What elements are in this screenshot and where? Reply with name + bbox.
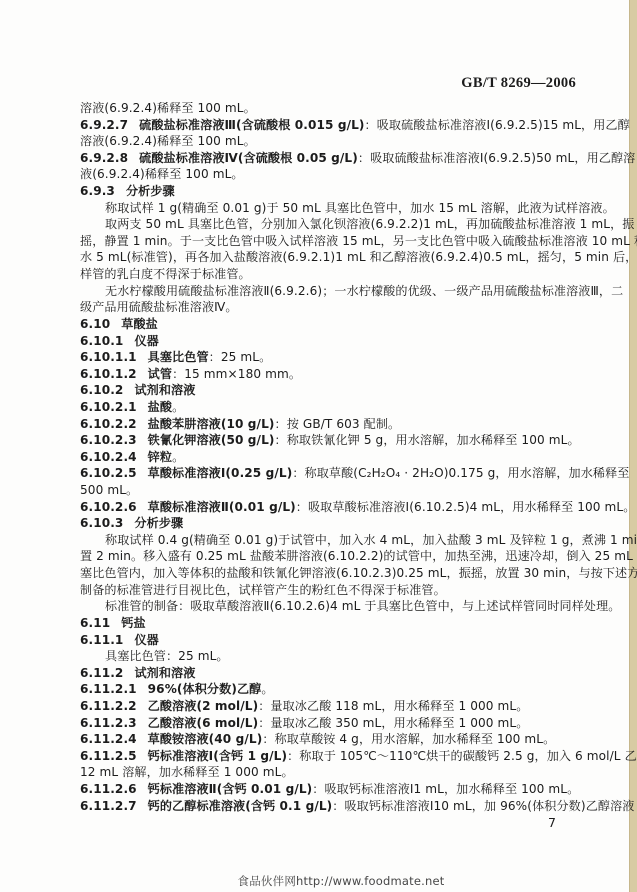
clause-text: 具塞比色管：25 mL。	[105, 649, 229, 663]
text-line: 溶液(6.9.2.4)稀释至 100 mL。	[80, 100, 585, 117]
clause-text: ：称取草酸(C₂H₂O₄ · 2H₂O)0.175 g，用水溶解，加水稀释至	[292, 466, 629, 480]
clause-text: 溶液(6.9.2.4)稀释至 100 mL。	[80, 134, 256, 148]
clause-text: ：吸取钙标准溶液Ⅰ10 mL，加 96%(体积分数)乙醇溶液	[332, 799, 634, 813]
text-line: 制备的标准管进行目视比色，试样管产生的粉红色不得深于标准管。	[80, 582, 585, 599]
text-line: 6.10.3分析步骤	[80, 515, 585, 532]
clause-label: 试管	[148, 367, 172, 381]
clause-label: 试剂和溶液	[134, 666, 195, 680]
clause-text: 水 5 mL(标准管)，再各加入盐酸溶液(6.9.2.1)1 mL 和乙醇溶液(…	[80, 250, 637, 264]
clause-text: ：25 mL。	[209, 350, 272, 364]
clause-label: 盐酸苯肼溶液(10 g/L)	[148, 417, 275, 431]
text-line: 6.10.1.1具塞比色管：25 mL。	[80, 349, 585, 366]
clause-label: 6.11.2.7	[80, 799, 137, 813]
text-line: 标准管的制备：吸取草酸溶液Ⅱ(6.10.2.6)4 mL 于具塞比色管中，与上述…	[80, 598, 585, 615]
clause-label: 6.10.2.6	[80, 500, 137, 514]
text-line: 6.10.2试剂和溶液	[80, 382, 585, 399]
clause-label: 钙标准溶液Ⅱ(含钙 0.01 g/L)	[148, 782, 313, 796]
clause-label: 6.10.3	[80, 516, 123, 530]
text-line: 样管的乳白度不得深于标准管。	[80, 266, 585, 283]
clause-label: 试剂和溶液	[134, 383, 195, 397]
page-number: 7	[548, 815, 556, 830]
text-line: 水 5 mL(标准管)，再各加入盐酸溶液(6.9.2.1)1 mL 和乙醇溶液(…	[80, 249, 585, 266]
clause-label: 草酸标准溶液Ⅰ(0.25 g/L)	[148, 466, 293, 480]
text-line: 6.11.2试剂和溶液	[80, 665, 585, 682]
clause-label: 钙的乙醇标准溶液(含钙 0.1 g/L)	[148, 799, 333, 813]
clause-text: 无水柠檬酸用硫酸盐标准溶液Ⅱ(6.9.2.6)；一水柠檬酸的优级、一级产品用硫酸…	[105, 284, 623, 298]
text-line: 置 2 min。移入盛有 0.25 mL 盐酸苯肼溶液(6.10.2.2)的试管…	[80, 548, 585, 565]
clause-label: 6.10.2.5	[80, 466, 137, 480]
clause-label: 盐酸	[148, 400, 172, 414]
text-line: 称取试样 1 g(精确至 0.01 g)于 50 mL 具塞比色管中，加水 15…	[80, 200, 585, 217]
text-line: 溶液(6.9.2.4)稀释至 100 mL。	[80, 133, 585, 150]
text-line: 6.11.2.6钙标准溶液Ⅱ(含钙 0.01 g/L)：吸取钙标准溶液Ⅰ1 mL…	[80, 781, 585, 798]
clause-text: ：15 mm×180 mm。	[172, 367, 301, 381]
clause-label: 草酸盐	[121, 317, 158, 331]
clause-text: ：吸取硫酸盐标准溶液Ⅰ(6.9.2.5)15 mL，用乙醇	[365, 118, 630, 132]
clause-text: 级产品用硫酸盐标准溶液Ⅳ。	[80, 300, 238, 314]
clause-text: 500 mL。	[80, 483, 138, 497]
clause-label: 乙酸溶液(6 mol/L)	[148, 716, 259, 730]
clause-text: 液(6.9.2.4)稀释至 100 mL。	[80, 167, 244, 181]
text-line: 6.10.1.2试管：15 mm×180 mm。	[80, 366, 585, 383]
clause-text: 12 mL 溶解，加水稀释至 1 000 mL。	[80, 765, 294, 779]
clause-label: 钙盐	[121, 616, 145, 630]
clause-text: ：称取草酸铵 4 g，用水溶解，加水稀释至 100 mL。	[262, 732, 555, 746]
document-page: GB/T 8269—2006 溶液(6.9.2.4)稀释至 100 mL。6.9…	[0, 0, 637, 892]
text-line: 摇，静置 1 min。于一支比色管中吸入试样溶液 15 mL，另一支比色管中吸入…	[80, 233, 585, 250]
clause-label: 6.11.1	[80, 633, 123, 647]
text-line: 称取试样 0.4 g(精确至 0.01 g)于试管中，加入水 4 mL，加入盐酸…	[80, 532, 585, 549]
clause-label: 96%(体积分数)乙醇	[148, 682, 262, 696]
text-line: 6.10.2.5草酸标准溶液Ⅰ(0.25 g/L)：称取草酸(C₂H₂O₄ · …	[80, 465, 585, 482]
clause-label: 铁氰化钾溶液(50 g/L)	[148, 433, 275, 447]
text-line: 6.11.2.2乙酸溶液(2 mol/L)：量取冰乙酸 118 mL，用水稀释至…	[80, 698, 585, 715]
text-line: 塞比色管内，加入等体积的盐酸和铁氰化钾溶液(6.10.2.3)0.25 mL，振…	[80, 565, 585, 582]
text-line: 6.10草酸盐	[80, 316, 585, 333]
text-line: 取两支 50 mL 具塞比色管，分别加入氯化钡溶液(6.9.2.2)1 mL，再…	[80, 216, 585, 233]
clause-text: 摇，静置 1 min。于一支比色管中吸入试样溶液 15 mL，另一支比色管中吸入…	[80, 234, 637, 248]
clause-label: 6.10.2.4	[80, 450, 137, 464]
text-line: 6.10.2.4锌粒。	[80, 449, 585, 466]
text-line: 6.9.3分析步骤	[80, 183, 585, 200]
clause-text: 塞比色管内，加入等体积的盐酸和铁氰化钾溶液(6.10.2.3)0.25 mL，振…	[80, 566, 637, 580]
clause-text: 溶液(6.9.2.4)稀释至 100 mL。	[80, 101, 256, 115]
clause-text: 制备的标准管进行目视比色，试样管产生的粉红色不得深于标准管。	[80, 583, 446, 597]
text-line: 液(6.9.2.4)稀释至 100 mL。	[80, 166, 585, 183]
watermark: 食品伙伴网http://www.foodmate.net	[0, 873, 637, 889]
clause-label: 6.10.2.3	[80, 433, 137, 447]
clause-label: 6.11.2.5	[80, 749, 137, 763]
clause-label: 6.10	[80, 317, 110, 331]
clause-label: 6.11	[80, 616, 110, 630]
clause-text: ：称取于 105℃～110℃烘干的碳酸钙 2.5 g，加入 6 mol/L 乙酸	[287, 749, 637, 763]
text-line: 无水柠檬酸用硫酸盐标准溶液Ⅱ(6.9.2.6)；一水柠檬酸的优级、一级产品用硫酸…	[80, 283, 585, 300]
text-line: 6.11钙盐	[80, 615, 585, 632]
clause-label: 草酸标准溶液Ⅱ(0.01 g/L)	[148, 500, 296, 514]
text-line: 具塞比色管：25 mL。	[80, 648, 585, 665]
clause-text: 称取试样 1 g(精确至 0.01 g)于 50 mL 具塞比色管中，加水 15…	[105, 201, 615, 215]
clause-label: 分析步骤	[134, 516, 183, 530]
text-line: 6.11.2.4草酸铵溶液(40 g/L)：称取草酸铵 4 g，用水溶解，加水稀…	[80, 731, 585, 748]
clause-label: 6.11.2	[80, 666, 123, 680]
clause-label: 6.11.2.1	[80, 682, 137, 696]
text-line: 12 mL 溶解，加水稀释至 1 000 mL。	[80, 764, 585, 781]
clause-label: 分析步骤	[126, 184, 175, 198]
text-line: 6.11.2.3乙酸溶液(6 mol/L)：量取冰乙酸 350 mL，用水稀释至…	[80, 715, 585, 732]
clause-label: 6.11.2.4	[80, 732, 137, 746]
clause-label: 6.10.2.1	[80, 400, 137, 414]
text-line: 6.11.2.5钙标准溶液Ⅰ(含钙 1 g/L)：称取于 105℃～110℃烘干…	[80, 748, 585, 765]
clause-label: 仪器	[134, 633, 158, 647]
clause-label: 草酸铵溶液(40 g/L)	[148, 732, 263, 746]
clause-label: 硫酸盐标准溶液Ⅳ(含硫酸根 0.05 g/L)	[139, 151, 358, 165]
text-line: 6.10.1仪器	[80, 333, 585, 350]
text-line: 6.9.2.7硫酸盐标准溶液Ⅲ(含硫酸根 0.015 g/L)：吸取硫酸盐标准溶…	[80, 117, 585, 134]
text-line: 500 mL。	[80, 482, 585, 499]
standard-number: GB/T 8269—2006	[461, 75, 576, 92]
text-line: 6.10.2.2盐酸苯肼溶液(10 g/L)：按 GB/T 603 配制。	[80, 416, 585, 433]
clause-label: 6.11.2.2	[80, 699, 137, 713]
clause-text: ：吸取草酸标准溶液Ⅰ(6.10.2.5)4 mL，用水稀释至 100 mL。	[296, 500, 636, 514]
clause-text: 。	[261, 682, 273, 696]
clause-text: 标准管的制备：吸取草酸溶液Ⅱ(6.10.2.6)4 mL 于具塞比色管中，与上述…	[105, 599, 620, 613]
clause-label: 6.10.1.1	[80, 350, 137, 364]
clause-label: 6.10.1	[80, 334, 123, 348]
clause-text: ：量取冰乙酸 350 mL，用水稀释至 1 000 mL。	[258, 716, 528, 730]
clause-text: ：称取铁氰化钾 5 g，用水溶解，加水稀释至 100 mL。	[275, 433, 580, 447]
text-line: 6.11.1仪器	[80, 632, 585, 649]
clause-label: 6.10.2.2	[80, 417, 137, 431]
clause-text: ：吸取硫酸盐标准溶液Ⅰ(6.9.2.5)50 mL，用乙醇溶	[358, 151, 635, 165]
body-text: 溶液(6.9.2.4)稀释至 100 mL。6.9.2.7硫酸盐标准溶液Ⅲ(含硫…	[80, 100, 585, 814]
text-line: 6.11.2.196%(体积分数)乙醇。	[80, 681, 585, 698]
text-line: 级产品用硫酸盐标准溶液Ⅳ。	[80, 299, 585, 316]
clause-text: 。	[172, 450, 184, 464]
clause-text: 置 2 min。移入盛有 0.25 mL 盐酸苯肼溶液(6.10.2.2)的试管…	[80, 549, 637, 563]
clause-label: 6.9.2.8	[80, 151, 128, 165]
clause-label: 钙标准溶液Ⅰ(含钙 1 g/L)	[148, 749, 287, 763]
text-line: 6.9.2.8硫酸盐标准溶液Ⅳ(含硫酸根 0.05 g/L)：吸取硫酸盐标准溶液…	[80, 150, 585, 167]
clause-label: 锌粒	[148, 450, 172, 464]
text-line: 6.10.2.3铁氰化钾溶液(50 g/L)：称取铁氰化钾 5 g，用水溶解，加…	[80, 432, 585, 449]
clause-text: ：吸取钙标准溶液Ⅰ1 mL，加水稀释至 100 mL。	[312, 782, 579, 796]
clause-label: 6.11.2.3	[80, 716, 137, 730]
clause-label: 6.11.2.6	[80, 782, 137, 796]
text-line: 6.11.2.7钙的乙醇标准溶液(含钙 0.1 g/L)：吸取钙标准溶液Ⅰ10 …	[80, 798, 585, 815]
clause-label: 具塞比色管	[148, 350, 209, 364]
clause-label: 6.9.2.7	[80, 118, 128, 132]
clause-text: 。	[172, 400, 184, 414]
clause-text: 取两支 50 mL 具塞比色管，分别加入氯化钡溶液(6.9.2.2)1 mL，再…	[105, 217, 634, 231]
clause-label: 6.9.3	[80, 184, 115, 198]
clause-label: 硫酸盐标准溶液Ⅲ(含硫酸根 0.015 g/L)	[139, 118, 364, 132]
clause-label: 6.10.2	[80, 383, 123, 397]
text-line: 6.10.2.6草酸标准溶液Ⅱ(0.01 g/L)：吸取草酸标准溶液Ⅰ(6.10…	[80, 499, 585, 516]
clause-text: 称取试样 0.4 g(精确至 0.01 g)于试管中，加入水 4 mL，加入盐酸…	[105, 533, 637, 547]
clause-label: 6.10.1.2	[80, 367, 137, 381]
clause-text: ：量取冰乙酸 118 mL，用水稀释至 1 000 mL。	[258, 699, 528, 713]
clause-label: 乙酸溶液(2 mol/L)	[148, 699, 259, 713]
clause-text: ：按 GB/T 603 配制。	[275, 417, 401, 431]
clause-label: 仪器	[134, 334, 158, 348]
text-line: 6.10.2.1盐酸。	[80, 399, 585, 416]
clause-text: 样管的乳白度不得深于标准管。	[80, 267, 251, 281]
